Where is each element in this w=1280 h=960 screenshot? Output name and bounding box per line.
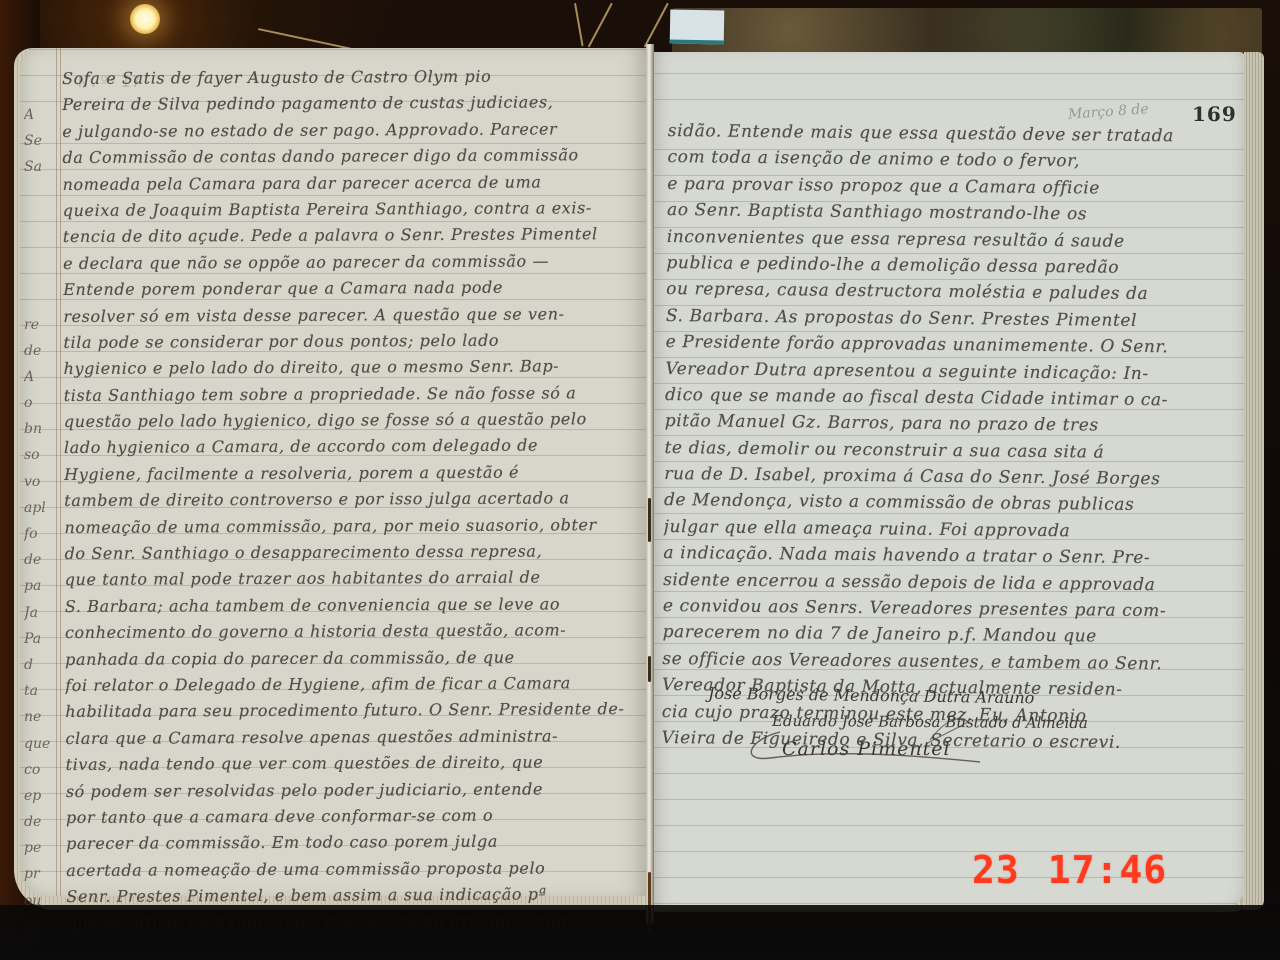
handwritten-line: conhecimento do governo a historia desta…	[65, 617, 625, 646]
left-page-handwriting: Sofa e Satis de fayer Augusto de Castro …	[62, 63, 627, 937]
right-page-handwriting: sidão. Entende mais que essa questão dev…	[661, 118, 1228, 757]
handwritten-line: panhada da copia do parecer da commissão…	[65, 644, 625, 673]
paper-slip	[670, 10, 725, 45]
left-margin-notes: A Se Sa re de A o bn so vo apl fo de pa …	[24, 102, 60, 940]
handwritten-line: nomeada pela Camara para dar parecer ace…	[63, 169, 623, 198]
signature-flourish-icon	[740, 700, 1000, 770]
margin-note: que	[24, 731, 60, 757]
handwritten-line: parecer da commissão. Em todo caso porem…	[66, 828, 626, 857]
handwritten-line: e declara que não se oppõe ao parecer da…	[63, 248, 623, 277]
handwritten-line: Sofa e Satis de fayer Augusto de Castro …	[62, 63, 622, 92]
margin-note: pr	[24, 861, 60, 887]
handwritten-line: só podem ser resolvidas pelo poder judic…	[66, 776, 626, 805]
margin-note: d	[24, 652, 60, 678]
camera-date-stamp: 2317:46	[972, 848, 1167, 892]
handwritten-line: queixa de Joaquim Baptista Pereira Santh…	[63, 195, 623, 224]
handwritten-line: que tanto mal pode trazer aos habitantes…	[65, 564, 625, 593]
handwritten-line: tivas, nada tendo que ver com questões d…	[66, 749, 626, 778]
table-shadow	[0, 905, 1280, 960]
margin-note: so	[24, 442, 60, 468]
margin-note: Sa	[24, 154, 60, 180]
handwritten-line: tila pode se considerar por dous pontos;…	[63, 327, 623, 356]
margin-note	[24, 207, 60, 233]
margin-note: apl	[24, 495, 60, 521]
date-stamp-day: 23	[972, 848, 1020, 892]
page-number: 169	[1192, 102, 1237, 126]
date-stamp-time: 17:46	[1048, 848, 1167, 892]
handwritten-line: habilitada para seu procedimento futuro.…	[65, 696, 625, 725]
lamp-light	[130, 4, 160, 34]
handwritten-line: tambem de direito controverso e por isso…	[64, 485, 624, 514]
margin-note: de	[24, 338, 60, 364]
handwritten-line: Hygiene, facilmente a resolveria, porem …	[64, 459, 624, 488]
margin-note: de	[24, 809, 60, 835]
straw-fiber	[644, 3, 669, 48]
handwritten-line: foi relator o Delegado de Hygiene, afim …	[65, 670, 625, 699]
margin-note: ta	[24, 678, 60, 704]
margin-note: Ja	[24, 600, 60, 626]
handwritten-line: Pereira de Silva pedindo pagamento de cu…	[62, 89, 622, 118]
margin-note: re	[24, 312, 60, 338]
handwritten-line: Entende porem ponderar que a Camara nada…	[63, 274, 623, 303]
handwritten-line: por tanto que a camara deve conformar-se…	[66, 802, 626, 831]
margin-note: ep	[24, 783, 60, 809]
margin-note: pe	[24, 835, 60, 861]
right-page-fore-edge	[1244, 52, 1264, 910]
spine-tear	[648, 656, 651, 682]
handwritten-line: da Commissão de contas dando parecer dig…	[62, 142, 622, 171]
book-spine-gutter	[646, 44, 654, 924]
handwritten-line: resolver só em vista desse parecer. A qu…	[63, 301, 623, 330]
margin-note	[24, 181, 60, 207]
margin-note: de	[24, 547, 60, 573]
handwritten-line: tista Santhiago tem sobre a propriedade.…	[64, 380, 624, 409]
straw-fiber	[588, 3, 613, 48]
margin-note: ne	[24, 704, 60, 730]
margin-note: bn	[24, 416, 60, 442]
handwritten-line: acertada a nomeação de uma commissão pro…	[66, 855, 626, 884]
handwritten-line: e julgando-se no estado de ser pago. App…	[62, 116, 622, 145]
handwritten-line: S. Barbara; acha tambem de conveniencia …	[65, 591, 625, 620]
handwritten-line: clara que a Camara resolve apenas questõ…	[65, 723, 625, 752]
margin-note	[24, 233, 60, 259]
spine-tear	[648, 498, 651, 542]
margin-note: co	[24, 757, 60, 783]
handwritten-line: lado hygienico a Camara, de accordo com …	[64, 433, 624, 462]
handwritten-line: tencia de dito açude. Pede a palavra o S…	[63, 221, 623, 250]
handwritten-line: nomeação de uma commissão, para, por mei…	[64, 512, 624, 541]
margin-note: fo	[24, 521, 60, 547]
handwritten-line: do Senr. Santhiago o desapparecimento de…	[64, 538, 624, 567]
margin-note: A	[24, 102, 60, 128]
margin-note	[24, 259, 60, 285]
margin-note: pa	[24, 573, 60, 599]
marbled-book-cover	[672, 8, 1262, 54]
margin-rule	[60, 48, 61, 896]
margin-note	[24, 285, 60, 311]
margin-note: Se	[24, 128, 60, 154]
handwritten-line: hygienico e pelo lado do direito, que o …	[64, 353, 624, 382]
margin-note: o	[24, 390, 60, 416]
margin-note: Pa	[24, 626, 60, 652]
photo-background: N.º 17 A Se Sa re de A o bn so vo apl fo…	[0, 0, 1280, 960]
handwritten-line: questão pelo lado hygienico, digo se fos…	[64, 406, 624, 435]
margin-note: A	[24, 364, 60, 390]
margin-note: vo	[24, 469, 60, 495]
straw-fiber	[258, 28, 351, 50]
straw-fiber	[574, 3, 584, 47]
